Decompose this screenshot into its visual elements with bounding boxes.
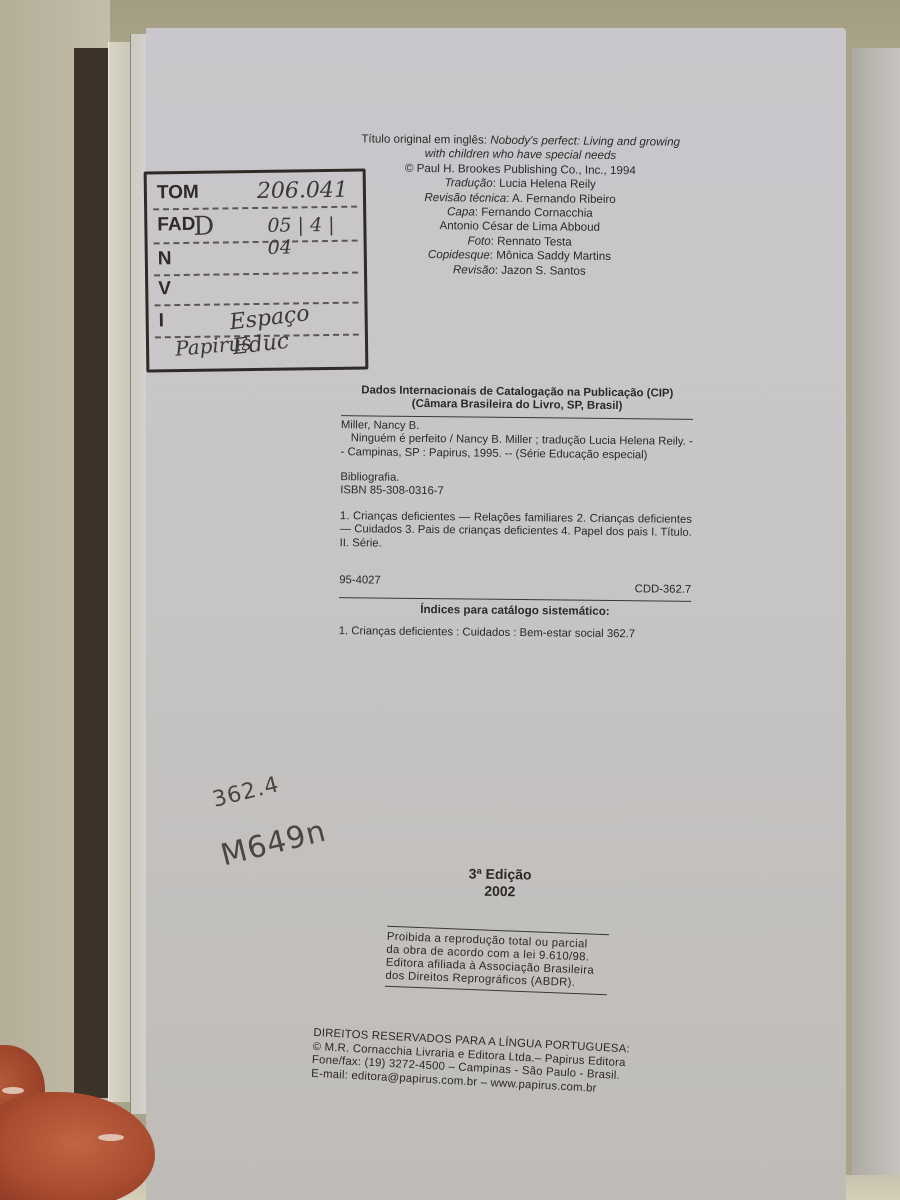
book-spine-shadow — [74, 48, 110, 1098]
stamp-divider — [153, 206, 357, 212]
cip-cdd: CDD-362.7 — [635, 583, 692, 597]
cip-numbers: 95-4027 CDD-362.7 — [339, 574, 691, 591]
original-title-value: Nobody's perfect: Living and growing — [490, 134, 680, 149]
credit-value: Mônica Saddy Martins — [496, 249, 611, 263]
credits-block: Título original em inglês: Nobody's perf… — [329, 132, 710, 280]
credit-value: Lucia Helena Reily — [499, 177, 596, 191]
stamp-label-tombo: TOM — [157, 182, 199, 205]
edition-year: 2002 — [430, 882, 570, 901]
stamp-date: 05 | 4 | 04 — [267, 213, 364, 258]
cip-subjects: 1. Crianças deficientes — Relações famil… — [340, 510, 692, 554]
credit-label: Revisão — [453, 263, 495, 276]
credit-value: Jazon S. Santos — [501, 263, 586, 277]
credit-value: Fernando Cornacchia — [481, 206, 593, 220]
cip-control-number: 95-4027 — [339, 574, 381, 588]
index-heading: Índices para catálogo sistemático: — [339, 603, 691, 620]
stamp-label-fa: FAD — [157, 214, 195, 237]
credit-label: Tradução — [445, 176, 493, 190]
stamp-label-v: V — [158, 278, 171, 300]
stamp-label-i: I — [159, 310, 165, 332]
adjacent-page — [852, 48, 900, 1200]
credit-label: Foto — [467, 234, 490, 247]
credit-label: Copidesque — [428, 248, 490, 262]
stamp-tombo-number: 206.041 — [257, 178, 348, 204]
stamp-divider — [154, 272, 358, 278]
credit-value: Rennato Testa — [497, 235, 572, 249]
original-title-label: Título original em inglês: — [361, 132, 487, 146]
cip-block: Dados Internacionais de Catalogação na P… — [339, 384, 694, 642]
credit-label: Capa — [447, 205, 475, 218]
original-title-value-cont: with children who have special needs — [425, 147, 617, 162]
credit-label: Revisão técnica — [424, 191, 506, 205]
credit-value: A. Fernando Ribeiro — [512, 192, 616, 206]
cip-entry: Ninguém é perfeito / Nancy B. Miller ; t… — [341, 432, 693, 462]
divider — [339, 598, 691, 603]
stamp-fa-letter: D — [193, 212, 214, 242]
stamp-label-n: N — [158, 248, 172, 270]
credit-value: Antonio César de Lima Abboud — [439, 220, 600, 235]
library-stamp: TOM FAD N V I 206.041 D 05 | 4 | 04 Espa… — [144, 168, 369, 372]
rights-notice: Proibida a reprodução total ou parcial d… — [385, 926, 609, 995]
edition-block: 3ª Edição 2002 — [430, 865, 571, 901]
